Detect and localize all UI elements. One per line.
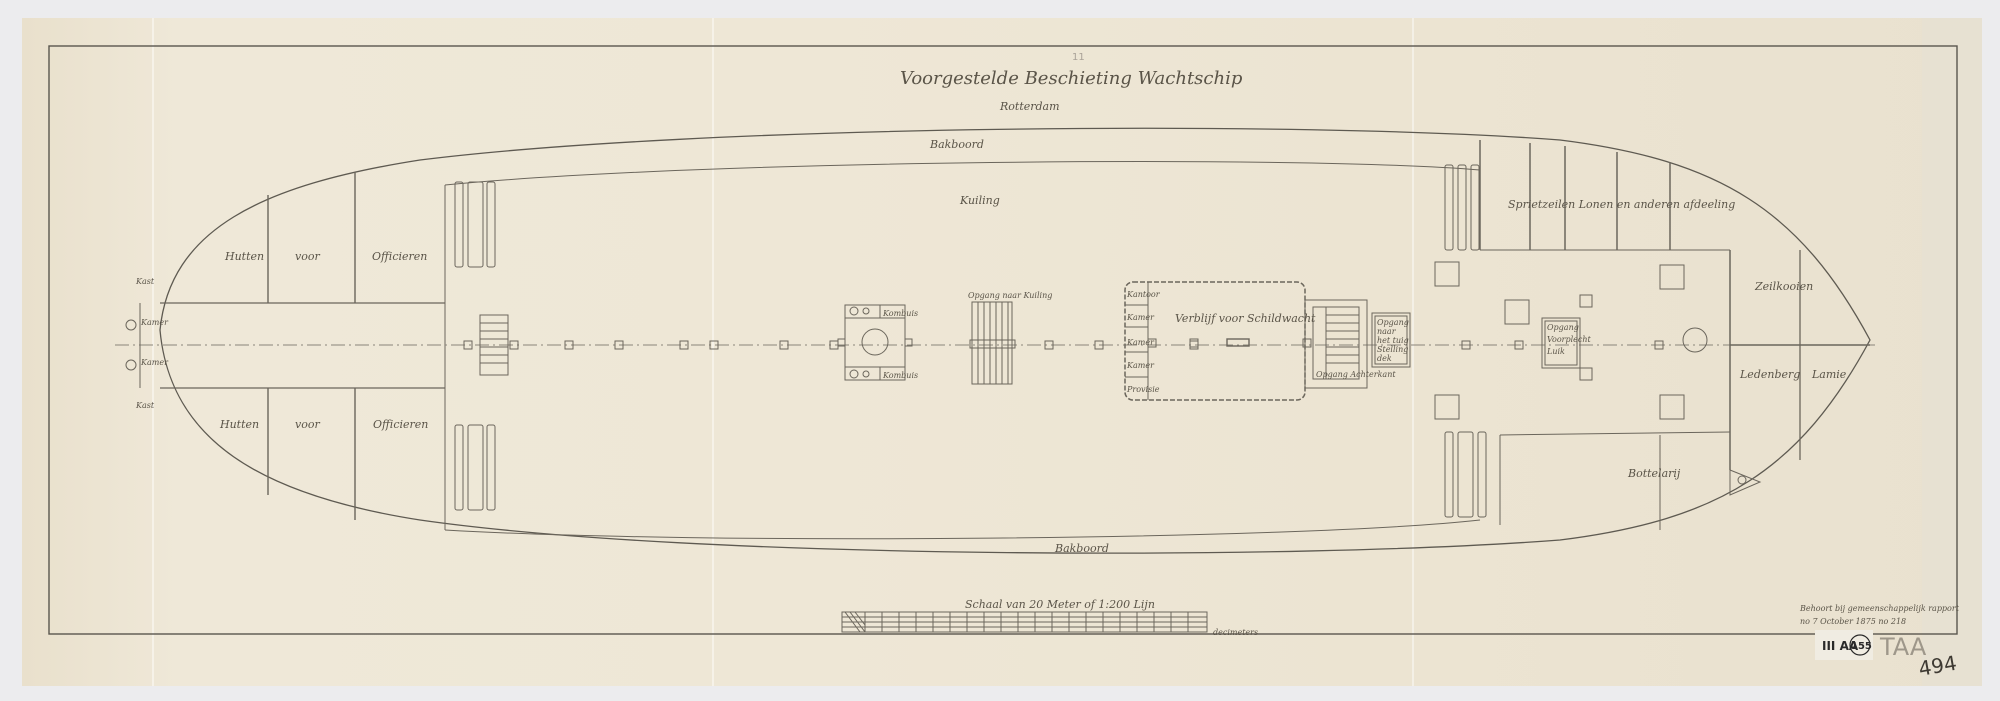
cabin-label: Hutten bbox=[224, 250, 264, 263]
deckhouse-side: Kamer bbox=[1126, 338, 1155, 347]
note-line2: no 7 October 1875 no 218 bbox=[1800, 617, 1906, 626]
fore-room-label: Ledenberg bbox=[1739, 368, 1800, 381]
title-line1: Voorgestelde Beschieting Wachtschip bbox=[900, 68, 1243, 89]
deckhouse-side: Kantoor bbox=[1126, 290, 1161, 299]
archive-number: 155 bbox=[1851, 641, 1872, 652]
hatch-label: Opgang Achterkant bbox=[1316, 370, 1396, 379]
deckhouse-side: Provisie bbox=[1126, 385, 1160, 394]
label-upper-area: Kuiling bbox=[959, 194, 1000, 207]
deck-plan: Voorgestelde Beschieting Wachtschip Rott… bbox=[0, 0, 2000, 701]
benches-fore-bottom bbox=[1445, 432, 1486, 517]
faint-mark: 11 bbox=[1072, 52, 1085, 63]
cabin-label: voor bbox=[295, 250, 320, 263]
benches-fore-top bbox=[1445, 165, 1479, 250]
fore-hatch-label: Opgang bbox=[1547, 323, 1579, 332]
benches-aft-bottom bbox=[455, 425, 495, 510]
capstan-label: Kombuis bbox=[882, 371, 918, 380]
inner-hull-bottom bbox=[445, 520, 1480, 539]
fore-hatch-label: Voorplecht bbox=[1547, 335, 1592, 344]
scale-title: Schaal van 20 Meter of 1:200 Lijn bbox=[965, 598, 1155, 611]
benches-aft-top bbox=[455, 182, 495, 267]
fore-compartments-label: Sprietzeilen Lonen en anderen afdeeling bbox=[1508, 198, 1735, 211]
ladder-label: Opgang naar Kuiling bbox=[968, 291, 1052, 300]
small-label: Kast bbox=[135, 277, 155, 286]
cabin-label: voor bbox=[295, 418, 320, 431]
title-line2: Rotterdam bbox=[999, 100, 1060, 113]
inner-hull-top bbox=[445, 162, 1480, 185]
fore-area-label: Bottelarij bbox=[1627, 467, 1681, 480]
pencil-number: 494 bbox=[1917, 651, 1959, 681]
scale-unit: decimeters bbox=[1213, 628, 1258, 637]
mast-step bbox=[1683, 328, 1707, 352]
hatch-box-label: naar bbox=[1377, 327, 1397, 336]
ladder-main bbox=[970, 302, 1015, 384]
hatch-box-label: het tuig bbox=[1377, 336, 1409, 345]
fore-room-label: Zeilkooien bbox=[1754, 280, 1813, 293]
hatch-box-label: Opgang bbox=[1377, 318, 1409, 327]
scale-bar: Schaal van 20 Meter of 1:200 Lijn bbox=[842, 598, 1258, 637]
label-starboard: Bakboord bbox=[1054, 542, 1109, 555]
hatch-box-label: Stelling bbox=[1377, 345, 1408, 354]
small-label: Kast bbox=[135, 401, 155, 410]
label-port: Bakboord bbox=[929, 138, 984, 151]
fore-room-label: Lamie bbox=[1811, 368, 1847, 381]
hatch-box-label: dek bbox=[1377, 354, 1392, 363]
small-label: Kamer bbox=[140, 318, 169, 327]
deckhouse-title: Verblijf voor Schildwacht bbox=[1175, 312, 1316, 325]
deckhouse-side: Kamer bbox=[1126, 361, 1155, 370]
cabin-label: Hutten bbox=[219, 418, 259, 431]
cabin-label: Officieren bbox=[372, 250, 427, 263]
cabin-label: Officieren bbox=[373, 418, 428, 431]
note-line1: Behoort bij gemeenschappelijk rapport bbox=[1799, 604, 1960, 613]
fore-hatch-label: Luik bbox=[1546, 347, 1565, 356]
capstan-label: Kombuis bbox=[882, 309, 918, 318]
small-label: Kamer bbox=[140, 358, 169, 367]
deckhouse-side: Kamer bbox=[1126, 313, 1155, 322]
